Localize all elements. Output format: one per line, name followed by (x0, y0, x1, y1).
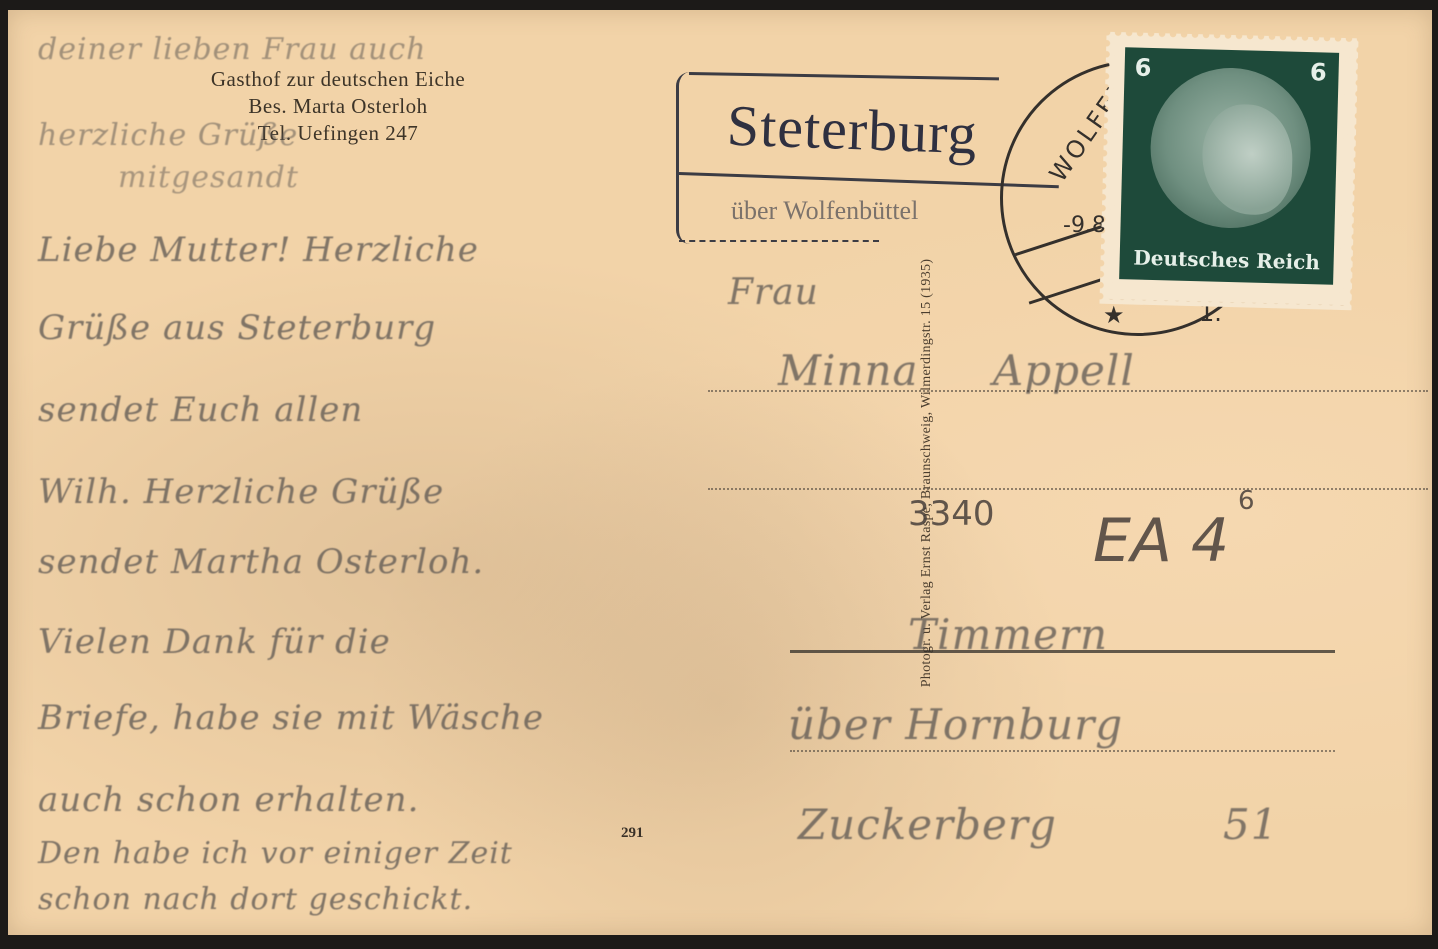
address-line-underline (790, 650, 1335, 653)
message-line: schon nach dort geschickt. (38, 882, 473, 917)
header-owner: Bes. Marta Osterloh (108, 93, 568, 120)
address-line (708, 488, 1428, 490)
stamp-portrait-medallion (1149, 66, 1313, 230)
message-line: herzliche Grüße (38, 118, 298, 153)
annotation-code: EA 4 (1093, 506, 1229, 576)
message-line: deiner lieben Frau auch (38, 32, 427, 67)
header-inn-name: Gasthof zur deutschen Eiche (108, 66, 568, 93)
message-line: Liebe Mutter! Herzliche (38, 230, 479, 270)
portrait-head-icon (1201, 103, 1294, 215)
postmark-date: -9.8 (1063, 213, 1106, 238)
cancel-rule-bottom (679, 240, 879, 242)
stamp-value-right: 6 (1310, 58, 1327, 86)
message-line: sendet Martha Osterloh. (38, 542, 484, 582)
address-via: über Hornburg (788, 700, 1123, 749)
message-line: Vielen Dank für die (38, 622, 391, 662)
station-box-cancel: Steterburg über Wolfenbüttel (676, 72, 1039, 244)
address-line (708, 390, 1428, 392)
cancel-sub-text: über Wolfenbüttel (731, 196, 918, 226)
cancel-station-name: Steterburg (726, 92, 979, 168)
address-salutation: Frau (728, 272, 819, 313)
publisher-number: 291 (621, 825, 644, 842)
cancel-rule-top (689, 72, 999, 80)
address-district: Zuckerberg (798, 800, 1057, 849)
message-line: sendet Euch allen (38, 390, 363, 430)
postage-stamp: 6 6 Deutsches Reich (1105, 37, 1354, 305)
address-name: Minna Appell (778, 346, 1135, 395)
address-line (790, 750, 1335, 752)
message-line: Wilh. Herzliche Grüße (38, 472, 444, 512)
stamp-face: 6 6 Deutsches Reich (1119, 47, 1339, 285)
message-line: mitgesandt (118, 160, 299, 195)
annotation-digit: 6 (1238, 486, 1255, 516)
postcard-back: Gasthof zur deutschen Eiche Bes. Marta O… (8, 10, 1432, 935)
address-house-number: 51 (1223, 800, 1278, 849)
stamp-country: Deutsches Reich (1119, 245, 1334, 275)
message-line: auch schon erhalten. (38, 780, 419, 820)
annotation-number: 3340 (908, 494, 995, 534)
stamp-value-left: 6 (1134, 54, 1151, 82)
postmark-star-icon: ★ (1103, 301, 1125, 329)
message-line: Den habe ich vor einiger Zeit (38, 836, 513, 871)
message-line: Briefe, habe sie mit Wäsche (38, 698, 544, 738)
message-line: Grüße aus Steterburg (38, 308, 436, 348)
